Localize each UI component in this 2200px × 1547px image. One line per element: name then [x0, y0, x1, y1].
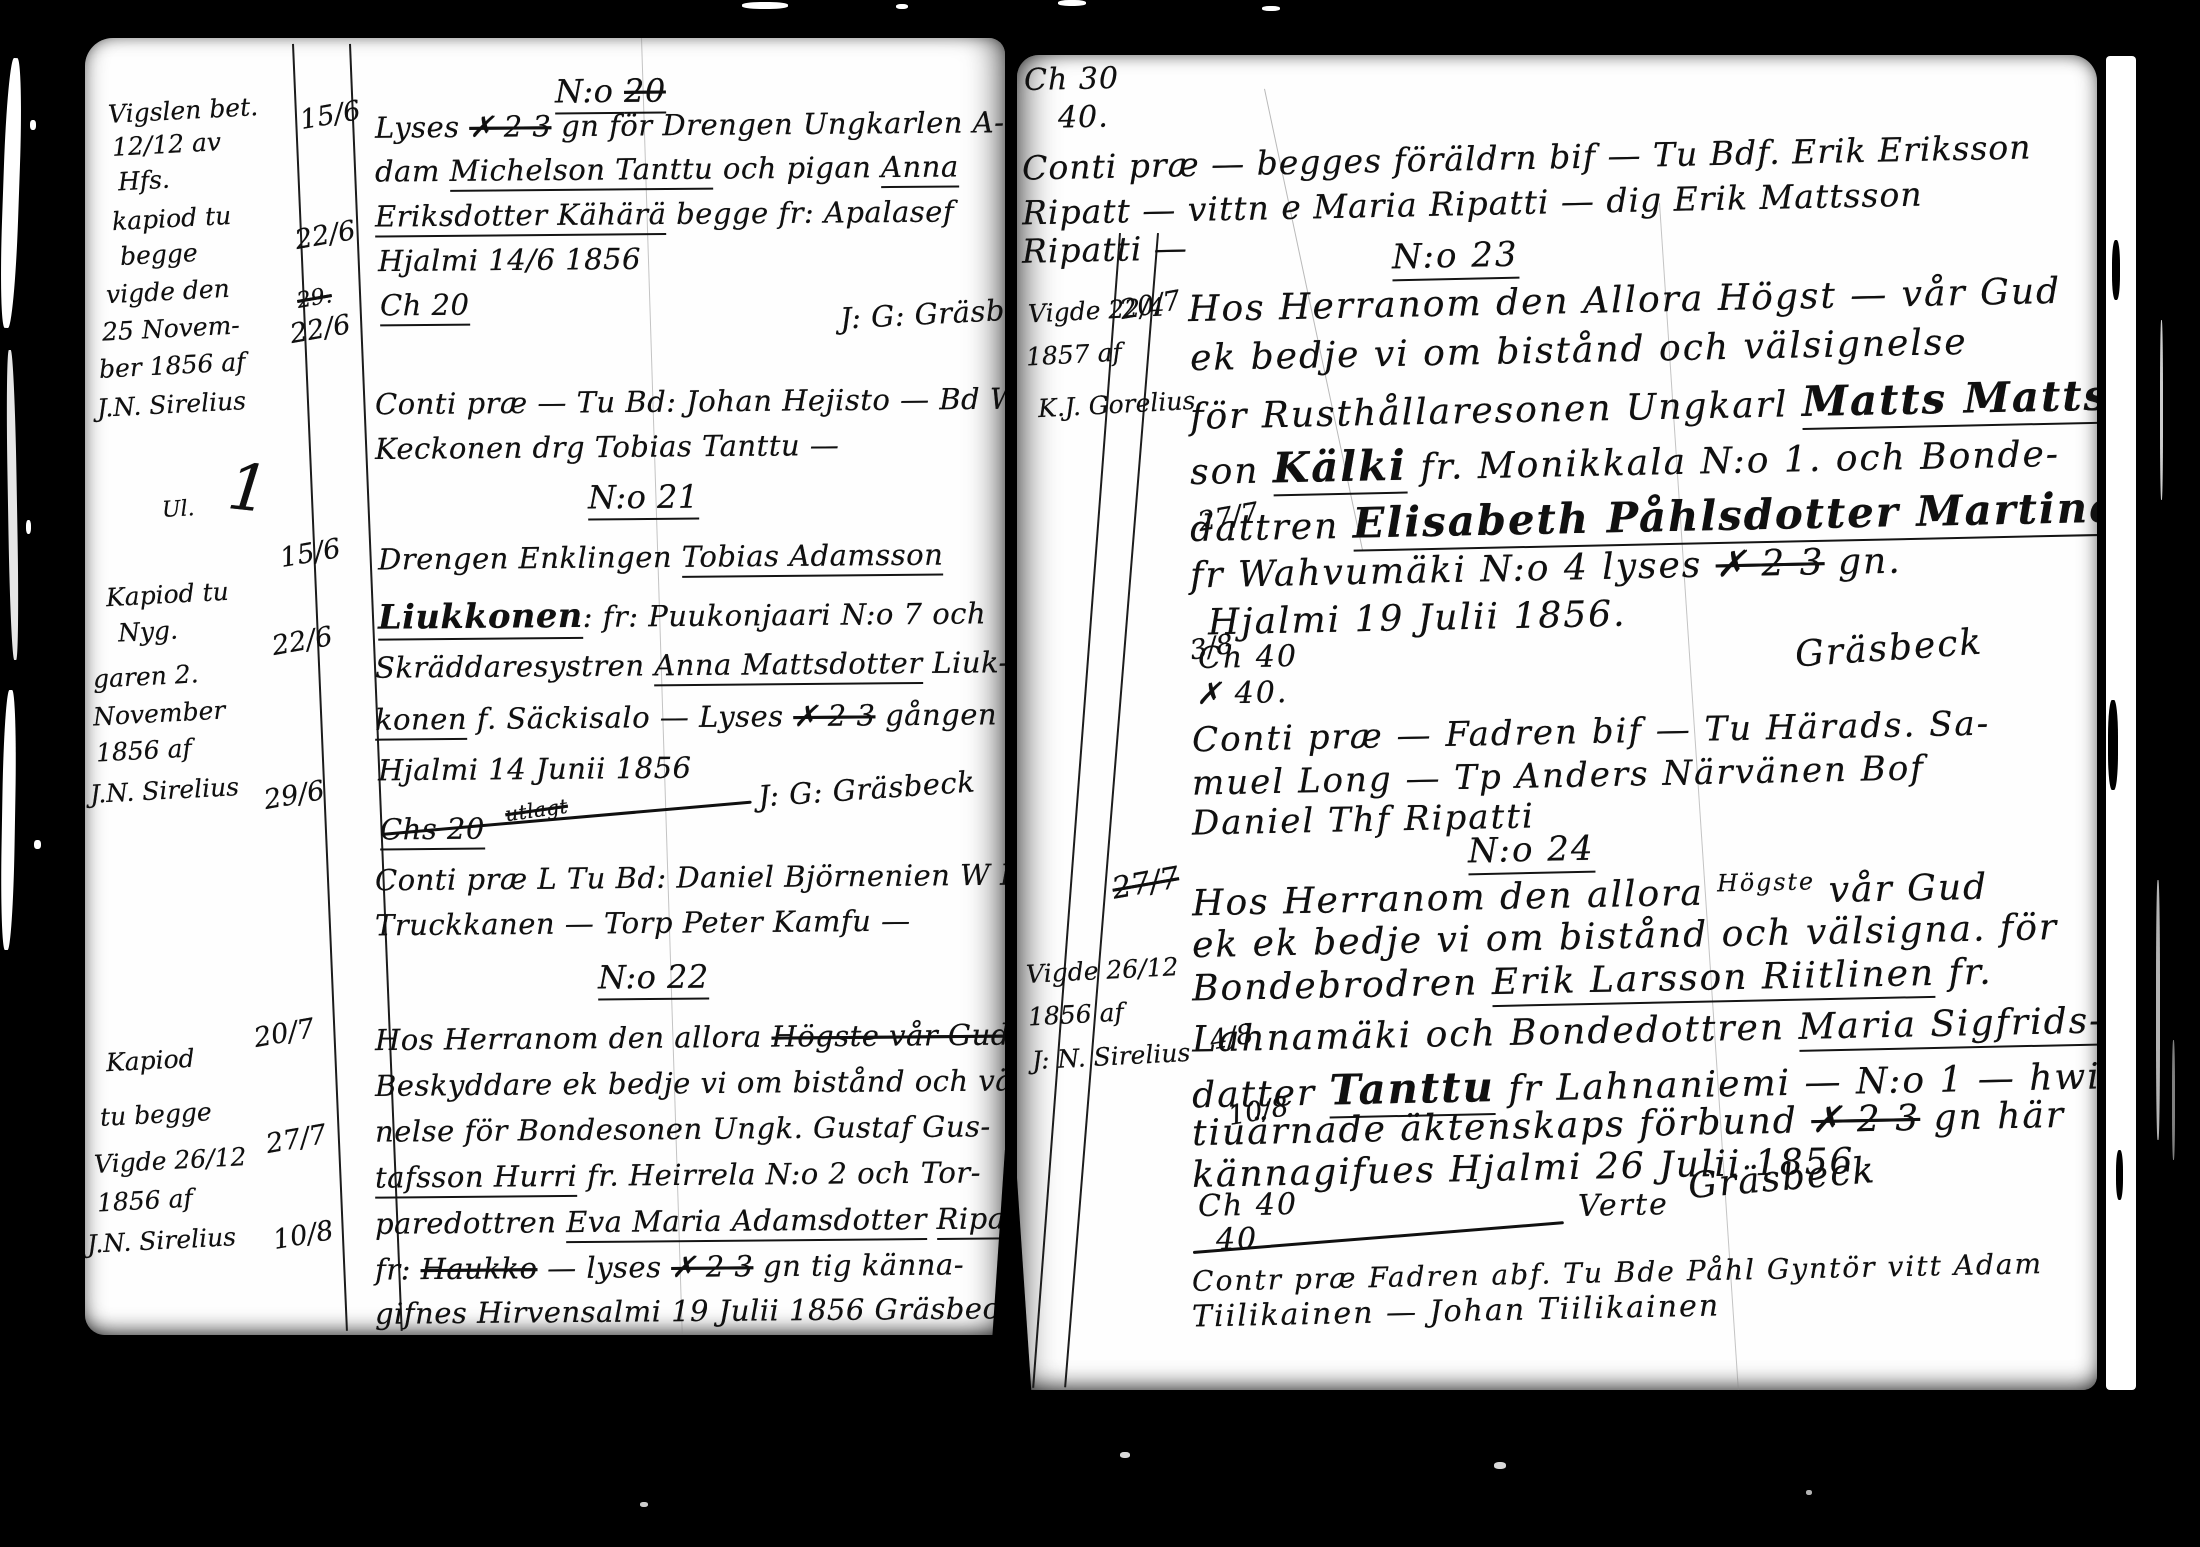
margin-note: 25 Novem- [101, 310, 240, 346]
handwritten-line: paredottren Eva Maria Adamsdotter Ripat- [375, 1201, 1005, 1241]
margin-note: Vigde 26/12 [1025, 952, 1179, 989]
handwritten-line: Ch 40 [1198, 639, 1299, 676]
underlined-name: N:o 21 [588, 478, 699, 521]
film-speck [1806, 1490, 1812, 1495]
text-segment: son [1190, 450, 1274, 493]
text-segment: Hos Herranom den Allora Högst — vår Gud [1188, 271, 2062, 330]
scanned-register-spread: Vigslen bet.12/12 avHfs.kapiod tubeggevi… [0, 0, 2200, 1547]
text-segment: Lahnamäki och Bondedottren [1192, 1007, 1799, 1061]
text-segment [927, 1202, 937, 1236]
text-segment: ✗ 2 3 [1715, 542, 1825, 585]
handwritten-line: ✗ 40. [1196, 675, 1289, 712]
film-speck [30, 120, 36, 130]
margin-note: Vigde 26/12 [93, 1142, 247, 1179]
handwritten-line: fr Wahvumäki N:o 4 lyses ✗ 2 3 gn. [1190, 541, 1902, 597]
handwritten-line: tafsson Hurri fr. Heirrela N:o 2 och Tor… [375, 1155, 981, 1194]
underlined-name: Erik Larsson Riitlinen [1491, 953, 1935, 1007]
text-segment: Ch 40 [1198, 1187, 1299, 1224]
top-edge-tick [742, 2, 788, 9]
entry-number-heading: N:o 22 [598, 958, 709, 997]
film-streak [2160, 320, 2163, 500]
text-segment: Ripatti — [1022, 228, 1189, 270]
text-segment: 40. [1058, 99, 1109, 135]
underlined-name: Ch 20 [380, 288, 470, 327]
text-segment: Verte [1578, 1187, 1670, 1224]
margin-note: K.J. Gorelius [1037, 386, 1196, 423]
margin-note: Vigslen bet. [107, 92, 258, 129]
text-segment: gn här [1920, 1095, 2066, 1139]
date-entry: 20/7 [252, 1013, 317, 1054]
text-segment: och pigan [713, 150, 881, 185]
handwritten-line: Eriksdotter Kähärä begge fr: Apalasef [375, 194, 954, 233]
handwritten-line: 40. [1058, 99, 1109, 135]
underlined-name: Liukkonen [378, 595, 583, 641]
margin-note: begge [119, 238, 198, 271]
film-speck [640, 1502, 648, 1507]
text-segment: fr. Heirrela N:o 2 och Tor- [577, 1155, 981, 1193]
text-segment: Skräddaresystren [375, 648, 655, 684]
date-entry: 27/7 [1109, 860, 1181, 906]
date-entry: 15/6 [278, 533, 343, 574]
top-edge-tick [1058, 0, 1086, 6]
margin-note: J.N. Sirelius [86, 1222, 236, 1259]
film-streak [2172, 1040, 2175, 1160]
text-segment: gn för Drengen Ungkarlen A- [551, 105, 1004, 143]
handwritten-line: son Kälki fr. Monikkala N:o 1. och Bonde… [1190, 427, 2061, 494]
film-streak [5, 350, 19, 660]
text-segment: J: G: Gräsbeck [757, 764, 976, 813]
margin-note: November [92, 696, 226, 732]
underlined-name: Ripat- [936, 1201, 1005, 1240]
text-segment: Drengen Enklingen [378, 540, 682, 577]
film-smudge [2108, 700, 2118, 790]
text-segment: Haukko [420, 1251, 537, 1286]
margin-note: Nyg. [117, 615, 178, 647]
margin-note: garen 2. [92, 659, 199, 693]
film-speck [26, 520, 31, 534]
margin-note: 12/12 av [111, 127, 221, 162]
margin-note: Kapiod [105, 1044, 195, 1078]
film-streak [0, 690, 17, 950]
margin-note: Kapiod tu [105, 577, 229, 612]
date-entry: 29. [295, 283, 334, 314]
text-segment: f. Säckisalo — Lyses [467, 699, 794, 736]
margin-note: ber 1856 af [98, 347, 246, 384]
underlined-name: Kälki [1272, 441, 1407, 497]
text-segment: ✗ 2 3 [1811, 1098, 1921, 1141]
text-segment: Hos Herranom den allora [375, 1020, 772, 1057]
underlined-name: N:o 24 [1468, 829, 1595, 876]
entry-number-heading: N:o 20 [555, 72, 666, 111]
text-segment: gifnes Hirvensalmi 19 Julii 1856 [375, 1292, 875, 1330]
text-segment: Lyses [375, 110, 470, 145]
entry-number-heading: N:o 21 [588, 478, 699, 517]
underlined-name: Tobias Adamsson [682, 538, 944, 578]
text-segment: dam [375, 154, 450, 189]
margin-note: J: N. Sirelius [1031, 1038, 1191, 1075]
handwritten-line: Hjalmi 19 Julii 1856. [1208, 594, 1627, 644]
underlined-name: Michelson Tanttu [449, 152, 713, 192]
text-segment: ✗ 2 3 [671, 1249, 753, 1284]
underlined-name: Eriksdotter Kähärä [375, 197, 667, 238]
text-segment: Hjalmi 19 Julii 1856. [1208, 594, 1627, 644]
handwritten-line: Hos Herranom den allora Högste vår Gudas… [375, 1017, 1005, 1057]
right-page: Vigde 22/41857 afK.J. GoreliusVigde 26/1… [1017, 55, 2097, 1390]
text-segment: fr Wahvumäki N:o 4 lyses [1190, 544, 1717, 596]
handwritten-line: Skräddaresystren Anna Mattsdotter Liuk- [375, 645, 1005, 685]
signature: Gräsbeck [1794, 621, 1985, 675]
text-segment: Keckonen drg Tobias Tanttu — [375, 428, 840, 466]
signature: J: G: Gräsbeck [839, 290, 1005, 335]
text-segment: fr: [375, 1252, 421, 1286]
text-segment: Bondebrodren [1192, 962, 1493, 1009]
signature: J: G: Gräsbeck [757, 764, 976, 813]
handwritten-line: Ch 30 [1024, 61, 1120, 98]
handwritten-line: Conti præ L Tu Bd: Daniel Björnenien W B… [375, 857, 1005, 898]
margin-note: Ul. [161, 496, 195, 523]
film-speck [1120, 1452, 1130, 1458]
text-segment: vår Gud [1815, 867, 1989, 912]
margin-note: 1856 af [95, 734, 192, 768]
top-edge-tick [896, 4, 908, 9]
underlined-name: N:o 23 [1392, 235, 1519, 282]
underlined-name: Chs 20 [380, 812, 485, 851]
text-segment: fr. [1935, 952, 1993, 994]
underlined-name: Maria Sigfrids- [1798, 1000, 2097, 1051]
handwritten-line: Keckonen drg Tobias Tanttu — [375, 428, 840, 466]
text-segment: paredottren [375, 1205, 566, 1241]
text-segment: Högste vår Gudas va [771, 1017, 1005, 1054]
text-segment: ✗ 2 3 [793, 698, 875, 733]
text-segment: Gräsbeck [874, 1291, 1005, 1326]
text-segment: ✗ 40. [1196, 675, 1289, 712]
text-segment: — lyses [537, 1250, 671, 1285]
text-segment: för Rusthållaresonen Ungkarl [1190, 384, 1803, 438]
left-page: Vigslen bet.12/12 avHfs.kapiod tubeggevi… [85, 38, 1005, 1335]
text-segment: dattren [1190, 506, 1353, 550]
pen-stroke: 1 [224, 450, 272, 528]
date-entry: 29/6 [262, 775, 327, 816]
date-entry: 10/8 [271, 1215, 336, 1256]
text-segment: Högste [1717, 867, 1816, 897]
entry-number-heading: N:o 23 [1392, 235, 1519, 278]
handwritten-line: fr: Haukko — lyses ✗ 2 3 gn tig känna- [375, 1247, 964, 1286]
film-smudge [2116, 1150, 2123, 1200]
margin-note: 1857 af [1025, 338, 1122, 372]
text-segment: gn tig känna- [753, 1247, 964, 1283]
margin-note: vigde den [105, 274, 230, 309]
text-segment: ek bedje vi om bistånd och välsignelse [1190, 322, 1968, 379]
handwritten-line: Ripatti — [1022, 228, 1189, 270]
date-entry: 22/6 [288, 309, 353, 350]
text-segment: utlagt [504, 794, 570, 827]
underlined-name: konen [375, 702, 467, 741]
date-entry: 22/6 [270, 621, 335, 662]
handwritten-line: 40 [1216, 1222, 1259, 1258]
film-streak [0, 58, 24, 328]
top-edge-tick [1262, 6, 1280, 11]
text-segment: Ch 40 [1198, 639, 1299, 676]
text-segment: Conti præ L Tu Bd: Daniel Björnenien W B… [375, 857, 1005, 898]
handwritten-line: nelse för Bondesonen Ungk. Gustaf Gus- [375, 1109, 991, 1148]
handwritten-line: ek bedje vi om bistånd och välsignelse [1190, 322, 1968, 379]
scribble: utlagt [504, 794, 570, 827]
film-smudge [2112, 240, 2120, 300]
underlined-name: tafsson Hurri [375, 1159, 578, 1199]
text-segment: J: G: Gräsbeck [839, 290, 1005, 335]
handwritten-line: Conti præ — Tu Bd: Johan Hejisto — Bd Wi… [375, 381, 1005, 421]
entry-number-heading: N:o 24 [1468, 829, 1595, 872]
underlined-name: Eva Maria Adamsdotter [566, 1202, 927, 1243]
text-segment: Hjalmi 14 Junii 1856 [378, 751, 692, 788]
margin-note: tu begge [99, 1097, 212, 1132]
margin-note: J.N. Sirelius [89, 772, 239, 809]
text-segment: gn. [1824, 541, 1902, 584]
handwritten-line: Beskyddare ek bedje vi om bistånd och vä… [375, 1063, 1005, 1103]
text-segment: Conti præ — Tu Bd: Johan Hejisto — Bd Wi… [375, 381, 1005, 421]
handwritten-line: Hos Herranom den Allora Högst — vår Gud [1188, 271, 2062, 330]
date-entry: 20/7 [1118, 285, 1183, 326]
text-segment: begge fr: Apalasef [666, 194, 954, 231]
film-streak [2156, 880, 2160, 1140]
handwritten-line: Hjalmi 14 Junii 1856 [378, 751, 692, 788]
handwritten-line: Lyses ✗ 2 3 gn för Drengen Ungkarlen A- [375, 105, 1005, 144]
film-speck [34, 840, 41, 849]
underlined-name: Anna Mattsdotter [654, 646, 923, 686]
text-segment: : fr: Puukonjaari N:o 7 och [583, 596, 987, 634]
text-segment: fr. Monikkala N:o 1. och Bonde- [1406, 434, 2060, 489]
text-segment: gången [875, 697, 997, 732]
margin-note: kapiod tu [111, 201, 232, 236]
handwritten-line: Hjalmi 14/6 1856 [378, 242, 641, 278]
film-speck [1494, 1462, 1506, 1469]
text-segment: Beskyddare ek bedje vi om bistånd och vä… [375, 1063, 1005, 1103]
underlined-name: N:o 22 [598, 958, 709, 1001]
underlined-name: Elisabeth Påhlsdotter Martinen [1352, 482, 2097, 552]
date-entry: 27/7 [264, 1119, 329, 1160]
text-segment: Hjalmi 14/6 1856 [378, 242, 641, 278]
underlined-name: Anna [881, 149, 959, 188]
underlined-name: Matts Matts- [1801, 370, 2097, 430]
handwritten-line: Verte [1578, 1187, 1670, 1224]
date-entry: 22/6 [293, 215, 358, 256]
text-segment: ✗ 2 3 [469, 109, 551, 144]
handwritten-line: konen f. Säckisalo — Lyses ✗ 2 3 gången [375, 697, 997, 736]
text-segment: Ch 30 [1024, 61, 1120, 98]
text-segment: 40 [1216, 1222, 1259, 1258]
handwritten-line: Drengen Enklingen Tobias Adamsson [378, 538, 944, 577]
handwritten-line: Liukkonen: fr: Puukonjaari N:o 7 och [378, 591, 986, 636]
text-segment: nelse för Bondesonen Ungk. Gustaf Gus- [375, 1109, 991, 1148]
handwritten-line: gifnes Hirvensalmi 19 Julii 1856 Gräsbec… [375, 1291, 1005, 1331]
handwritten-line: dam Michelson Tanttu och pigan Anna [375, 149, 959, 188]
text-segment: Liuk- [922, 645, 1005, 680]
handwritten-line: Ch 20 [380, 288, 470, 323]
margin-note: 1856 af [1027, 998, 1124, 1032]
text-segment: Gräsbeck [1794, 621, 1985, 675]
text-segment: Truckkanen — Torp Peter Kamfu — [375, 904, 911, 943]
handwritten-line: Truckkanen — Torp Peter Kamfu — [375, 904, 911, 943]
margin-note: Hfs. [117, 165, 170, 197]
margin-note: J.N. Sirelius [96, 386, 246, 423]
handwritten-line: Ch 40 [1198, 1187, 1299, 1224]
handwritten-line: Chs 20 [380, 812, 485, 847]
margin-note: 1856 af [96, 1184, 193, 1218]
